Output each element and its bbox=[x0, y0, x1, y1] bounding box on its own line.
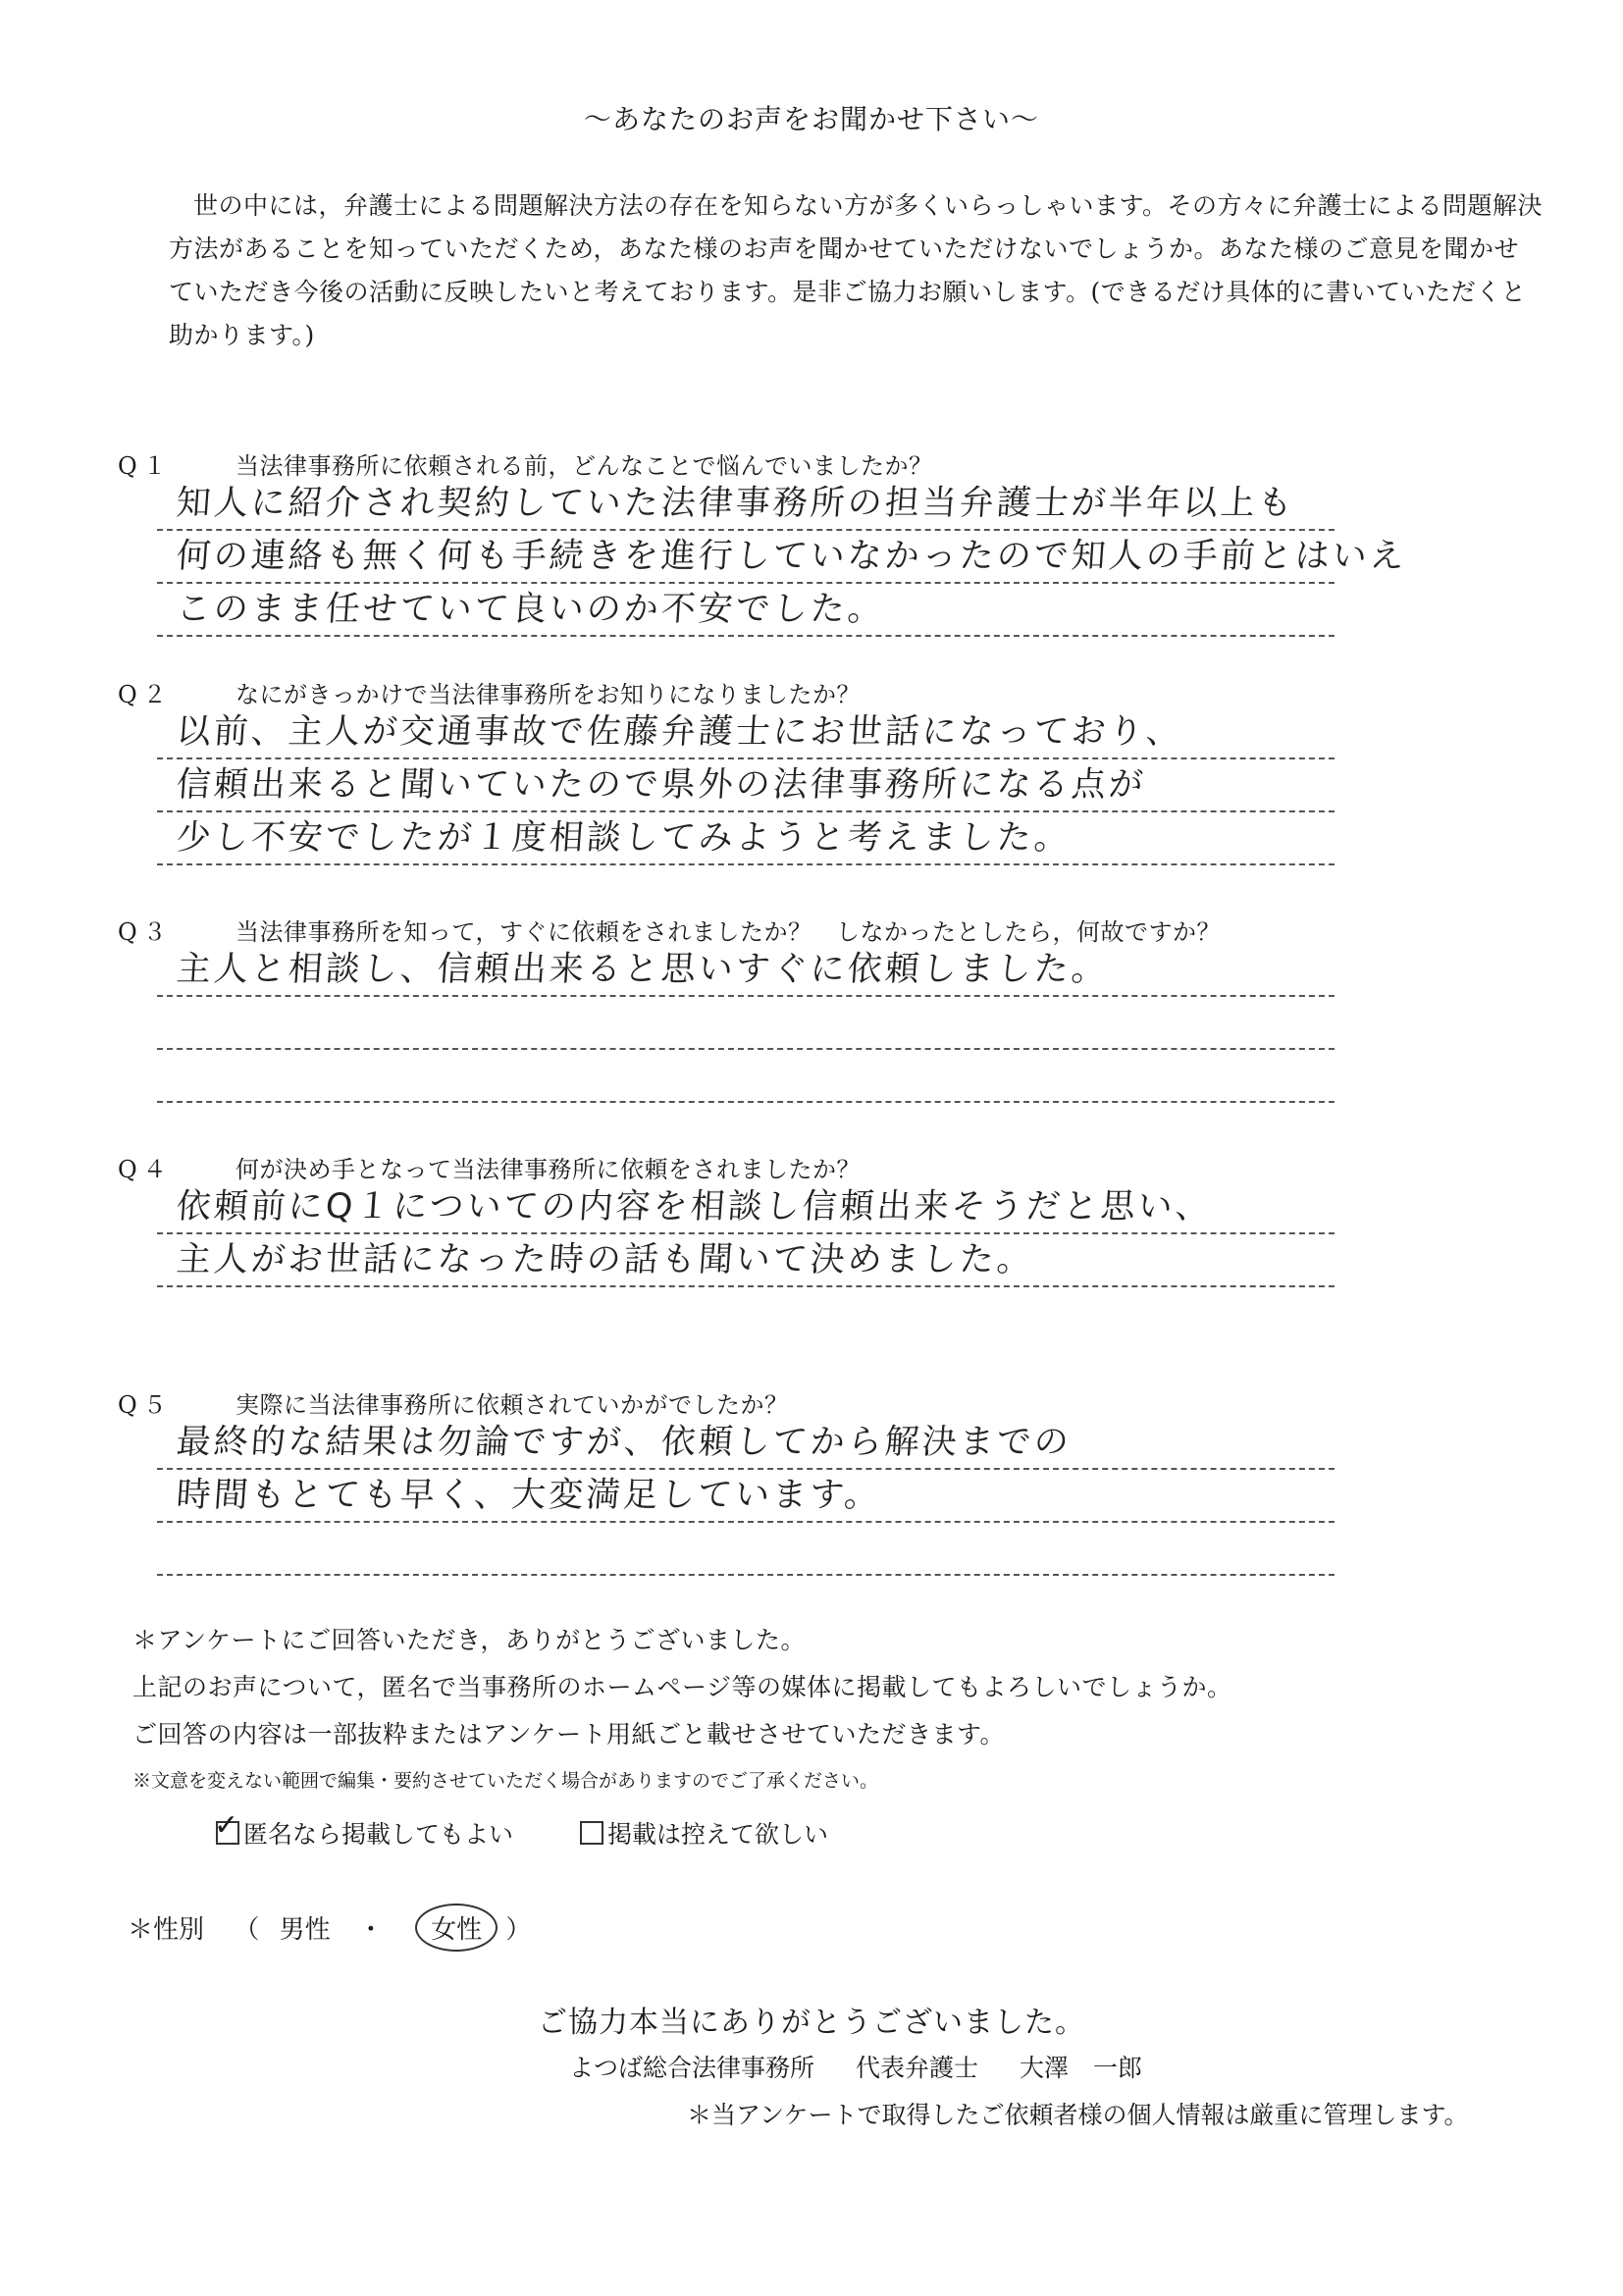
answer-line[interactable]: 信頼出来ると聞いていたので県外の法律事務所になる点が bbox=[157, 759, 1335, 812]
gender-field: ＊性別 （ 男性 ・ 女性 ） bbox=[128, 1904, 531, 1952]
signature: よつば総合法律事務所 代表弁護士 大澤 一郎 bbox=[569, 2049, 1176, 2084]
intro-paragraph: 世の中には，弁護士による問題解決方法の存在を知らない方が多くいらっしゃいます。そ… bbox=[169, 184, 1543, 357]
answer-line[interactable]: 知人に紹介され契約していた法律事務所の担当弁護士が半年以上も bbox=[157, 478, 1335, 531]
answer-line[interactable]: このまま任せていて良いのか不安でした。 bbox=[157, 584, 1335, 637]
survey-page: ～あなたのお声をお聞かせ下さい～ 世の中には，弁護士による問題解決方法の存在を知… bbox=[0, 0, 1623, 2296]
gender-label: ＊性別 bbox=[128, 1909, 204, 1946]
publish-note: ご回答の内容は一部抜粋またはアンケート用紙ごと載せさせていただきます。 bbox=[132, 1715, 1005, 1750]
answer-line[interactable]: 主人と相談し、信頼出来ると思いすぐに依頼しました。 bbox=[157, 944, 1335, 997]
edit-note: ※文意を変えない範囲で編集・要約させていただく場合がありますのでご了承ください。 bbox=[132, 1766, 878, 1793]
closing-message: ご協力本当にありがとうございました。 bbox=[0, 1998, 1623, 2041]
option-label: 掲載は控えて欲しい bbox=[607, 1820, 828, 1849]
answer-line[interactable] bbox=[157, 1050, 1335, 1103]
answer-line[interactable]: 時間もとても早く、大変満足しています。 bbox=[157, 1470, 1335, 1523]
publish-options: ✓匿名なら掲載してもよい 掲載は控えて欲しい bbox=[216, 1815, 887, 1851]
paren-close: ） bbox=[505, 1909, 531, 1946]
privacy-note: ＊当アンケートで取得したご依頼者様の個人情報は厳重に管理します。 bbox=[687, 2096, 1469, 2131]
answer-line[interactable] bbox=[157, 997, 1335, 1050]
paren-open: （ bbox=[234, 1909, 259, 1946]
handwritten-answer: 以前、主人が交通事故で佐藤弁護士にお世話になっており、 bbox=[175, 704, 1185, 754]
thanks-note: ＊アンケートにご回答いただき，ありがとうございました。 bbox=[132, 1621, 806, 1656]
handwritten-answer: 知人に紹介され契約していた法律事務所の担当弁護士が半年以上も bbox=[175, 476, 1297, 525]
gender-female-selected[interactable]: 女性 bbox=[415, 1904, 497, 1952]
answer-line[interactable]: 以前、主人が交通事故で佐藤弁護士にお世話になっており、 bbox=[157, 706, 1335, 759]
office-name: よつば総合法律事務所 bbox=[569, 2054, 814, 2082]
handwritten-answer: このまま任せていて良いのか不安でした。 bbox=[175, 582, 887, 631]
answer-line[interactable]: 依頼前にQ１についての内容を相談し信頼出来そうだと思い、 bbox=[157, 1181, 1335, 1234]
handwritten-answer: 主人と相談し、信頼出来ると思いすぐに依頼しました。 bbox=[175, 942, 1111, 991]
gender-male[interactable]: 男性 bbox=[280, 1909, 331, 1946]
answer-line[interactable]: 何の連絡も無く何も手続きを進行していなかったので知人の手前とはいえ bbox=[157, 531, 1335, 584]
handwritten-answer: 最終的な結果は勿論ですが、依頼してから解決までの bbox=[175, 1415, 1073, 1464]
checkbox-unchecked[interactable] bbox=[580, 1821, 603, 1845]
checkmark-icon: ✓ bbox=[214, 1811, 238, 1841]
representative-name: 大澤 一郎 bbox=[1020, 2054, 1142, 2082]
handwritten-answer: 少し不安でしたが１度相談してみようと考えました。 bbox=[175, 810, 1073, 860]
gender-separator: ・ bbox=[358, 1909, 384, 1946]
question-label: Q３ bbox=[118, 913, 173, 947]
representative-role: 代表弁護士 bbox=[856, 2054, 978, 2082]
handwritten-answer: 何の連絡も無く何も手続きを進行していなかったので知人の手前とはいえ bbox=[175, 529, 1409, 578]
question-label: Q１ bbox=[118, 446, 173, 481]
question-label: Q５ bbox=[118, 1385, 173, 1420]
question-label: Q４ bbox=[118, 1150, 173, 1184]
question-label: Q２ bbox=[118, 675, 173, 709]
answer-line[interactable] bbox=[157, 1523, 1335, 1576]
option-decline[interactable]: 掲載は控えて欲しい bbox=[580, 1815, 828, 1851]
handwritten-answer: 信頼出来ると聞いていたので県外の法律事務所になる点が bbox=[175, 757, 1148, 807]
publish-question: 上記のお声について，匿名で当事務所のホームページ等の媒体に掲載してもよろしいでし… bbox=[132, 1668, 1232, 1703]
option-label: 匿名なら掲載してもよい bbox=[243, 1820, 513, 1849]
checkbox-checked[interactable]: ✓ bbox=[216, 1821, 239, 1845]
answer-line[interactable]: 最終的な結果は勿論ですが、依頼してから解決までの bbox=[157, 1417, 1335, 1470]
handwritten-answer: 時間もとても早く、大変満足しています。 bbox=[175, 1468, 883, 1517]
answer-line[interactable]: 主人がお世話になった時の話も聞いて決めました。 bbox=[157, 1234, 1335, 1287]
page-title: ～あなたのお声をお聞かせ下さい～ bbox=[0, 98, 1623, 137]
handwritten-answer: 主人がお世話になった時の話も聞いて決めました。 bbox=[175, 1232, 1036, 1281]
answer-line[interactable]: 少し不安でしたが１度相談してみようと考えました。 bbox=[157, 812, 1335, 865]
handwritten-answer: 依頼前にQ１についての内容を相談し信頼出来そうだと思い、 bbox=[175, 1179, 1214, 1228]
option-anonymous-ok[interactable]: ✓匿名なら掲載してもよい bbox=[216, 1815, 513, 1851]
